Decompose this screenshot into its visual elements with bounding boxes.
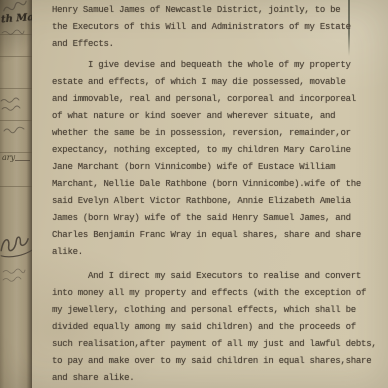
typed-line: into money all my property and effects (… (52, 285, 386, 302)
ruled-line (0, 186, 32, 187)
handwriting-word-note: ary (2, 153, 15, 162)
ruled-line (0, 120, 32, 121)
typed-line: and share alike. (52, 370, 386, 387)
typed-line: Charles Benjamin Franc Wray in equal sha… (52, 227, 386, 244)
handwriting-scribble-icon (0, 97, 24, 115)
typed-line: And I direct my said Executors to realis… (52, 268, 386, 285)
typed-line: Jane Marchant (born Vinnicombe) wife of … (52, 159, 386, 176)
handwriting-scribble-icon (1, 28, 25, 36)
handwriting-dash (15, 160, 30, 161)
typed-line: whether the same be in possession, rever… (52, 125, 386, 142)
typed-line: the Executors of this Will and Administr… (52, 19, 386, 36)
typed-line: said Evelyn Albert Victor Rathbone, Anni… (52, 193, 386, 210)
typed-line: divided equally among my said children) … (52, 319, 386, 336)
typed-line: Henry Samuel James of Newcastle District… (52, 2, 386, 19)
will-page: Henry Samuel James of Newcastle District… (32, 0, 388, 388)
typed-line: of what nature or kind soever and wherev… (52, 108, 386, 125)
typed-line: my jewellery, clothing and personal effe… (52, 302, 386, 319)
typed-line: and Effects. (52, 36, 386, 53)
handwriting-scribble-icon (3, 125, 25, 135)
signature-scribble-icon (0, 231, 35, 264)
typed-text: Henry Samuel James of Newcastle District… (52, 2, 386, 387)
typed-line: alike. (52, 244, 386, 261)
ruled-line (0, 88, 32, 89)
previous-page-edge: th May ary (0, 0, 32, 388)
typed-line: expectancy, nothing excepted, to my chil… (52, 142, 386, 159)
typed-line: estate and effects, of which I may die p… (52, 74, 386, 91)
typed-line: James (born Wray) wife of the said Henry… (52, 210, 386, 227)
typed-line: Marchant, Nellie Dale Rathbone (born Vin… (52, 176, 386, 193)
ruled-line (0, 56, 32, 57)
typed-line: such realisation,after payment of all my… (52, 336, 386, 353)
handwriting-scribble-icon (2, 268, 26, 286)
typed-line: and immovable, real and personal, corpor… (52, 91, 386, 108)
typed-line: to pay and make over to my said children… (52, 353, 386, 370)
typed-line: I give devise and bequeath the whole of … (52, 57, 386, 74)
document-photo: th May ary Henry Samuel James of Newcast… (0, 0, 388, 388)
